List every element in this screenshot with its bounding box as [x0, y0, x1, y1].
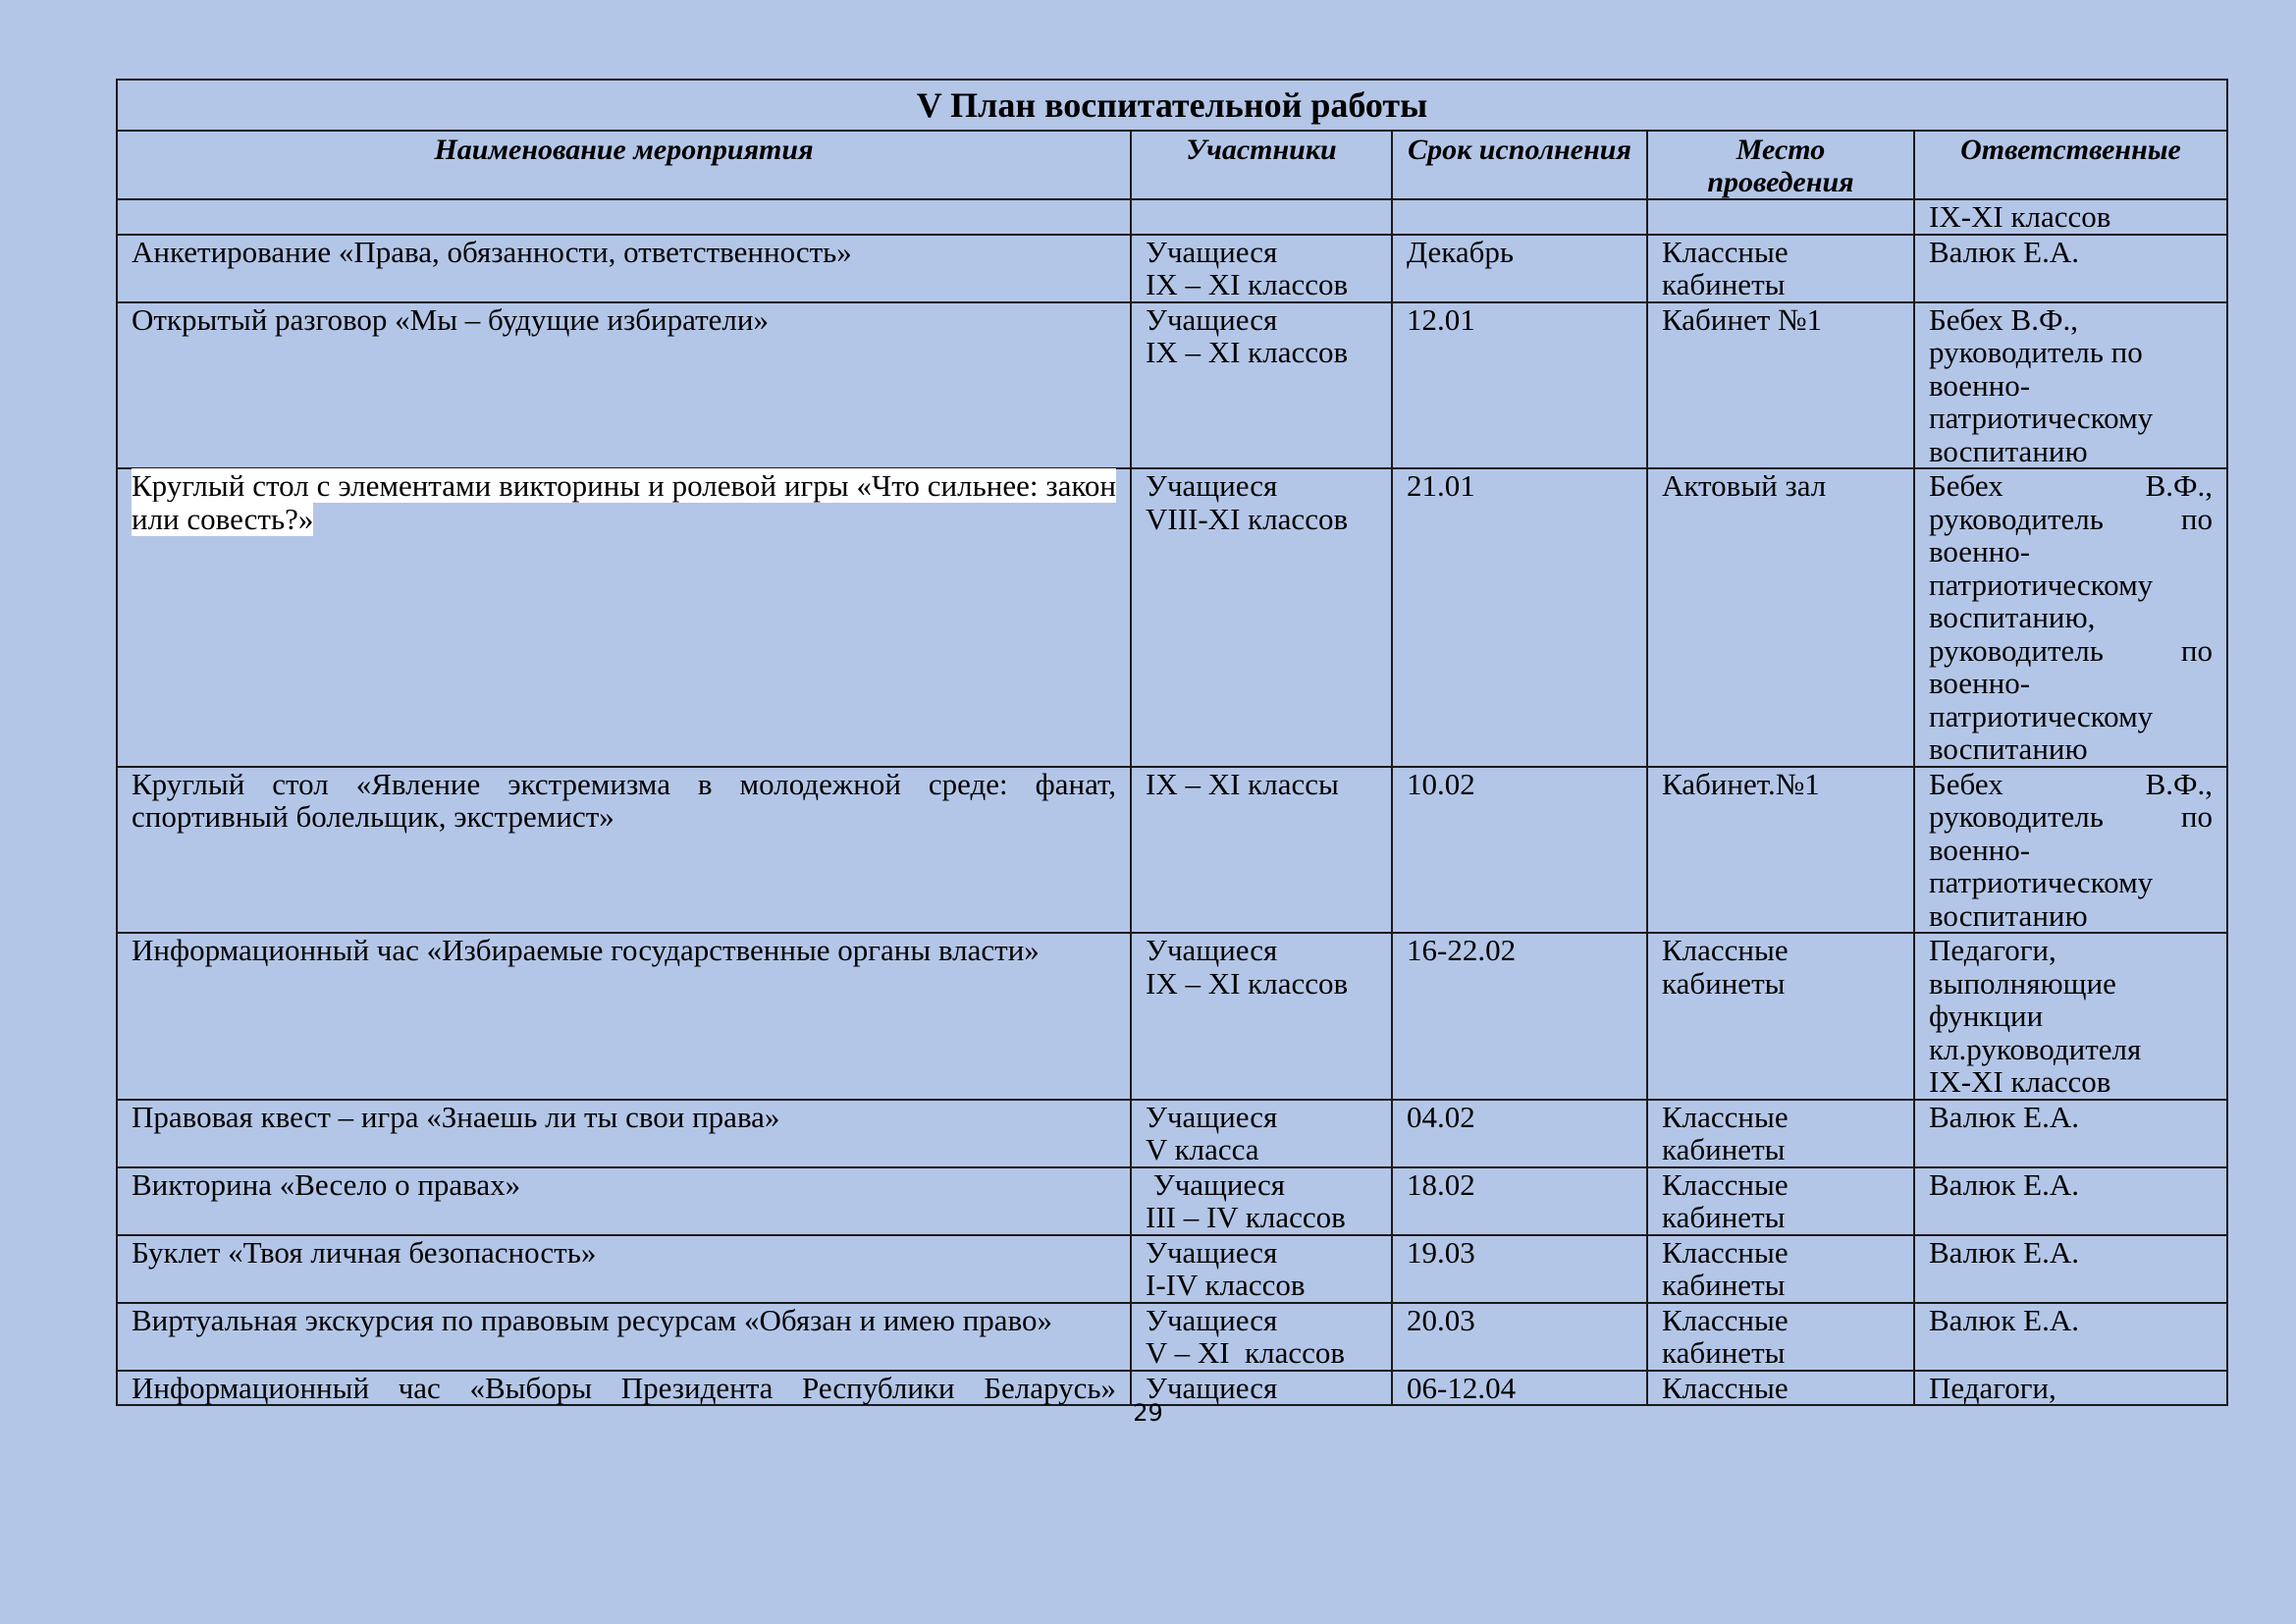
- cell-participants: УчащиесяVIII-XI классов: [1131, 468, 1392, 767]
- cell-participants: УчащиесяIX – XI классов: [1131, 235, 1392, 302]
- cell-event-name: Информационный час «Избираемые государст…: [117, 933, 1131, 1100]
- cell-participants-line: VIII-XI классов: [1146, 503, 1377, 536]
- cell-participants-line: IX – XI классов: [1146, 268, 1377, 301]
- cell-responsible-line: IX-XI классов: [1929, 200, 2213, 234]
- table-row: Виртуальная экскурсия по правовым ресурс…: [117, 1303, 2227, 1371]
- cell-participants-line: Учащиеся: [1146, 236, 1377, 269]
- cell-participants-line: Учащиеся: [1146, 934, 1377, 967]
- cell-place-line: Классные: [1662, 1168, 1899, 1202]
- cell-participants: УчащиесяI-IV классов: [1131, 1235, 1392, 1303]
- cell-responsible-line: выполняющие: [1929, 967, 2213, 1001]
- cell-place-line: кабинеты: [1662, 268, 1899, 301]
- event-name-text: Правовая квест – игра «Знаешь ли ты свои…: [132, 1100, 779, 1134]
- header-participants: Участники: [1131, 131, 1392, 199]
- table-row: IX-XI классов: [117, 199, 2227, 235]
- cell-deadline: 04.02: [1392, 1100, 1647, 1167]
- cell-participants: УчащиесяV – XI классов: [1131, 1303, 1392, 1371]
- cell-event-name: Открытый разговор «Мы – будущие избирате…: [117, 302, 1131, 469]
- cell-responsible: Бебех В.Ф.,руководитель повоенно-патриот…: [1914, 302, 2227, 469]
- cell-place: [1647, 199, 1914, 235]
- cell-responsible-line: Валюк Е.А.: [1929, 1304, 2213, 1337]
- education-plan-table: V План воспитательной работы Наименовани…: [116, 79, 2228, 1406]
- cell-participants-line: IX – XI классов: [1146, 336, 1377, 369]
- cell-participants-line: Учащиеся: [1146, 1236, 1377, 1270]
- cell-responsible: Валюк Е.А.: [1914, 1100, 2227, 1167]
- cell-place-line: Классные: [1662, 1101, 1899, 1134]
- page-title: V План воспитательной работы: [117, 80, 2227, 131]
- event-name-text: Круглый стол «Явление экстремизма в моло…: [132, 767, 1116, 835]
- cell-responsible: Бебех В.Ф., руководитель по военно-патри…: [1914, 767, 2227, 934]
- cell-event-name: Буклет «Твоя личная безопасность»: [117, 1235, 1131, 1303]
- cell-responsible-line: руководитель по: [1929, 336, 2213, 369]
- cell-place: Кабинет.№1: [1647, 767, 1914, 934]
- cell-place: Классныекабинеты: [1647, 1100, 1914, 1167]
- header-place: Место проведения: [1647, 131, 1914, 199]
- cell-event-name: Викторина «Весело о правах»: [117, 1167, 1131, 1235]
- cell-responsible-line: Бебех В.Ф.,: [1929, 303, 2213, 337]
- cell-event-name: Виртуальная экскурсия по правовым ресурс…: [117, 1303, 1131, 1371]
- cell-place-line: кабинеты: [1662, 967, 1899, 1001]
- cell-event-name: Круглый стол с элементами викторины и ро…: [117, 468, 1131, 767]
- cell-place-line: Кабинет.№1: [1662, 768, 1899, 801]
- page-number: 29: [0, 1399, 2296, 1427]
- cell-participants-line: Учащиеся: [1146, 1304, 1377, 1337]
- cell-responsible: Валюк Е.А.: [1914, 1303, 2227, 1371]
- cell-place: Классныекабинеты: [1647, 1235, 1914, 1303]
- cell-responsible: Валюк Е.А.: [1914, 1235, 2227, 1303]
- cell-place-line: кабинеты: [1662, 1133, 1899, 1166]
- cell-responsible: Педагоги,выполняющиефункциикл.руководите…: [1914, 933, 2227, 1100]
- header-deadline: Срок исполнения: [1392, 131, 1647, 199]
- cell-participants: УчащиесяIX – XI классов: [1131, 933, 1392, 1100]
- cell-participants-line: V – XI классов: [1146, 1336, 1377, 1370]
- table-row: Правовая квест – игра «Знаешь ли ты свои…: [117, 1100, 2227, 1167]
- header-responsible: Ответственные: [1914, 131, 2227, 199]
- cell-place-line: кабинеты: [1662, 1201, 1899, 1234]
- cell-deadline: [1392, 199, 1647, 235]
- cell-deadline: 18.02: [1392, 1167, 1647, 1235]
- cell-place: Классныекабинеты: [1647, 1167, 1914, 1235]
- cell-participants: [1131, 199, 1392, 235]
- cell-place: Классныекабинеты: [1647, 1303, 1914, 1371]
- table-header-row: Наименование мероприятия Участники Срок …: [117, 131, 2227, 199]
- table-row: Круглый стол «Явление экстремизма в моло…: [117, 767, 2227, 934]
- cell-participants: УчащиесяIII – IV классов: [1131, 1167, 1392, 1235]
- cell-deadline: Декабрь: [1392, 235, 1647, 302]
- event-name-text: Круглый стол с элементами викторины и ро…: [132, 468, 1116, 536]
- cell-participants-line: Учащиеся: [1146, 1101, 1377, 1134]
- table-row: Анкетирование «Права, обязанности, ответ…: [117, 235, 2227, 302]
- cell-place: Актовый зал: [1647, 468, 1914, 767]
- cell-participants: УчащиесяV класса: [1131, 1100, 1392, 1167]
- cell-participants-line: IX – XI классы: [1146, 768, 1377, 801]
- cell-responsible-line: воспитанию: [1929, 435, 2213, 468]
- cell-participants-line: IX – XI классов: [1146, 967, 1377, 1001]
- table-row: Открытый разговор «Мы – будущие избирате…: [117, 302, 2227, 469]
- cell-place-line: Актовый зал: [1662, 469, 1899, 503]
- cell-place: Классныекабинеты: [1647, 235, 1914, 302]
- event-name-text: Виртуальная экскурсия по правовым ресурс…: [132, 1303, 1052, 1337]
- cell-participants-line: Учащиеся: [1146, 1168, 1377, 1202]
- cell-responsible: Валюк Е.А.: [1914, 1167, 2227, 1235]
- cell-responsible-line: Валюк Е.А.: [1929, 1168, 2213, 1202]
- cell-place-line: Классные: [1662, 934, 1899, 967]
- table-row: Информационный час «Избираемые государст…: [117, 933, 2227, 1100]
- table-row: Викторина «Весело о правах» УчащиесяIII …: [117, 1167, 2227, 1235]
- cell-participants-line: Учащиеся: [1146, 303, 1377, 337]
- cell-responsible: Валюк Е.А.: [1914, 235, 2227, 302]
- cell-responsible-line: Валюк Е.А.: [1929, 1236, 2213, 1270]
- cell-event-name: Правовая квест – игра «Знаешь ли ты свои…: [117, 1100, 1131, 1167]
- cell-responsible: IX-XI классов: [1914, 199, 2227, 235]
- cell-participants-line: I-IV классов: [1146, 1269, 1377, 1302]
- cell-place-line: кабинеты: [1662, 1336, 1899, 1370]
- header-event-name: Наименование мероприятия: [117, 131, 1131, 199]
- event-name-text: Анкетирование «Права, обязанности, ответ…: [132, 235, 852, 269]
- cell-place-line: Классные: [1662, 1304, 1899, 1337]
- event-name-text: Открытый разговор «Мы – будущие избирате…: [132, 302, 769, 337]
- cell-event-name: [117, 199, 1131, 235]
- cell-responsible-line: IX-XI классов: [1929, 1065, 2213, 1099]
- cell-place-line: Кабинет №1: [1662, 303, 1899, 337]
- cell-deadline: 21.01: [1392, 468, 1647, 767]
- cell-responsible: Бебех В.Ф., руководитель по военно-патри…: [1914, 468, 2227, 767]
- cell-responsible-line: Валюк Е.А.: [1929, 1101, 2213, 1134]
- cell-responsible-line: Педагоги,: [1929, 934, 2213, 967]
- cell-participants-line: III – IV классов: [1146, 1201, 1377, 1234]
- cell-place: Кабинет №1: [1647, 302, 1914, 469]
- cell-responsible-line: патриотическому: [1929, 402, 2213, 435]
- cell-deadline: 16-22.02: [1392, 933, 1647, 1100]
- cell-place-line: Классные: [1662, 1236, 1899, 1270]
- cell-place: Классныекабинеты: [1647, 933, 1914, 1100]
- cell-responsible-line: военно-: [1929, 369, 2213, 403]
- table-title-row: V План воспитательной работы: [117, 80, 2227, 131]
- cell-participants-line: V класса: [1146, 1133, 1377, 1166]
- cell-responsible-line: кл.руководителя: [1929, 1033, 2213, 1066]
- table-body: IX-XI классовАнкетирование «Права, обяза…: [117, 199, 2227, 1405]
- cell-event-name: Круглый стол «Явление экстремизма в моло…: [117, 767, 1131, 934]
- cell-participants: УчащиесяIX – XI классов: [1131, 302, 1392, 469]
- cell-participants-line: Учащиеся: [1146, 469, 1377, 503]
- cell-responsible-line: Валюк Е.А.: [1929, 236, 2213, 269]
- table-row: Круглый стол с элементами викторины и ро…: [117, 468, 2227, 767]
- cell-deadline: 12.01: [1392, 302, 1647, 469]
- cell-deadline: 10.02: [1392, 767, 1647, 934]
- cell-responsible-line: функции: [1929, 1000, 2213, 1033]
- cell-place-line: Классные: [1662, 236, 1899, 269]
- table-row: Буклет «Твоя личная безопасность»Учащиес…: [117, 1235, 2227, 1303]
- cell-event-name: Анкетирование «Права, обязанности, ответ…: [117, 235, 1131, 302]
- cell-participants: IX – XI классы: [1131, 767, 1392, 934]
- event-name-text: Буклет «Твоя личная безопасность»: [132, 1235, 596, 1270]
- cell-deadline: 19.03: [1392, 1235, 1647, 1303]
- event-name-text: Викторина «Весело о правах»: [132, 1167, 520, 1202]
- event-name-text: Информационный час «Избираемые государст…: [132, 933, 1040, 967]
- cell-place-line: кабинеты: [1662, 1269, 1899, 1302]
- cell-deadline: 20.03: [1392, 1303, 1647, 1371]
